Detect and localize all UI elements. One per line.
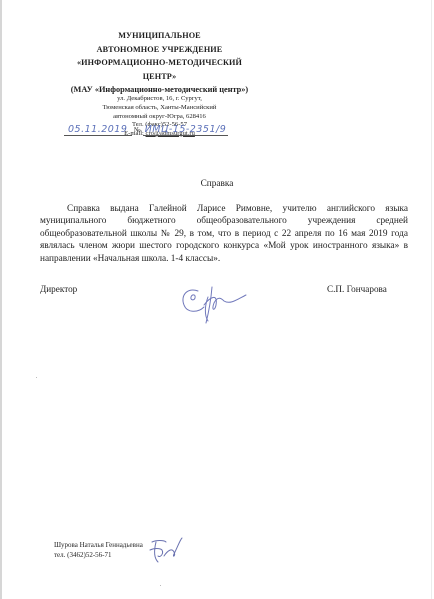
address-line: автономный округ-Югра, 628416 bbox=[62, 113, 257, 122]
executor-name: Шурова Наталья Геннадьевна bbox=[54, 540, 143, 550]
org-name-line: ЦЕНТР» bbox=[62, 70, 257, 84]
address-line: ул. Декабристов, 16, г. Сургут, bbox=[62, 95, 257, 104]
org-name-line: МУНИЦИПАЛЬНОЕ bbox=[62, 29, 257, 43]
org-name-line: АВТОНОМНОЕ УЧРЕЖДЕНИЕ bbox=[62, 43, 257, 57]
handwritten-signature-icon bbox=[178, 283, 253, 325]
signatory-position: Директор bbox=[40, 284, 77, 294]
org-short-name: (МАУ «Информационно-методический центр») bbox=[62, 84, 257, 95]
scan-edge-left bbox=[0, 0, 2, 599]
scanned-document-page: МУНИЦИПАЛЬНОЕ АВТОНОМНОЕ УЧРЕЖДЕНИЕ «ИНФ… bbox=[0, 0, 434, 599]
handwritten-initials-icon bbox=[146, 536, 186, 566]
registration-line: 05.11.2019№ИМЦ-15-2351/9 bbox=[64, 124, 264, 138]
registration-number: ИМЦ-15-2351/9 bbox=[143, 124, 229, 136]
document-body: Справка выдана Галейной Ларисе Римовне, … bbox=[40, 203, 408, 265]
executor-block: Шурова Наталья Геннадьевна тел. (3462)52… bbox=[54, 540, 143, 560]
document-title: Справка bbox=[0, 179, 434, 189]
scan-edge-right bbox=[431, 0, 432, 599]
scan-speck bbox=[36, 377, 37, 378]
org-name-line: «ИНФОРМАЦИОННО-МЕТОДИЧЕСКИЙ bbox=[62, 56, 257, 70]
registration-date: 05.11.2019 bbox=[64, 124, 132, 136]
letterhead: МУНИЦИПАЛЬНОЕ АВТОНОМНОЕ УЧРЕЖДЕНИЕ «ИНФ… bbox=[62, 29, 257, 138]
executor-phone: тел. (3462)52-56-71 bbox=[54, 550, 143, 560]
signatory-name: С.П. Гончарова bbox=[327, 284, 387, 294]
address-line: Тюменская область, Ханты-Мансийский bbox=[62, 104, 257, 113]
scan-speck bbox=[160, 585, 161, 586]
number-sign: № bbox=[134, 126, 141, 134]
